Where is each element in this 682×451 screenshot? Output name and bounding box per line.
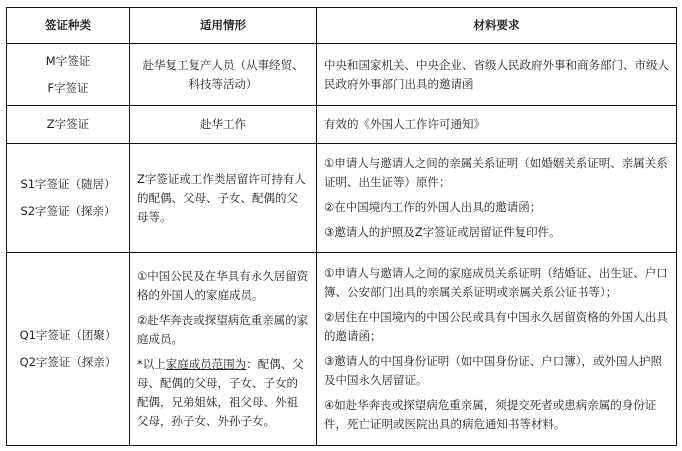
- visa-type-label: M字签证: [14, 52, 122, 71]
- materials-item: ④如赴华奔丧或探望病危重亲属，须提交死者或患病亲属的身份证件，死亡证明或医院出具…: [324, 396, 669, 434]
- header-visa-type: 签证种类: [7, 8, 130, 44]
- visa-type-label: F字签证: [14, 79, 122, 98]
- situation-item: ①中国公民及在华具有永久居留资格的外国人的家庭成员。: [137, 267, 309, 305]
- situation-item: ②赴华奔丧或探望病危重亲属的家庭成员。: [137, 311, 309, 349]
- situation-text: 赴华复工复产人员（从事经贸、科技等活动）: [143, 58, 304, 91]
- materials-text: 中央和国家机关、中央企业、省级人民政府外事和商务部门、市级人民政府外事部门出具的…: [324, 58, 669, 91]
- situation-text: 赴华工作: [200, 117, 246, 131]
- header-materials: 材料要求: [317, 8, 677, 44]
- visa-type-cell: S1字签证（随居） S2字签证（探亲）: [7, 144, 130, 253]
- materials-cell: ①申请人与邀请人之间的家庭成员关系证明（结婚证、出生证、户口簿、公安部门出具的亲…: [317, 253, 677, 446]
- materials-item: ①申请人与邀请人之间的亲属关系证明（如婚姻关系证明、亲属关系证明、出生证等）原件…: [324, 154, 669, 192]
- visa-type-label: S2字签证（探亲）: [14, 202, 122, 221]
- materials-item: ③邀请人的护照及Z字签证或居留证件复印件。: [324, 223, 669, 242]
- situation-text: Z字签证或工作类居留许可持有人的配偶、父母、子女、配偶的父母等。: [137, 172, 306, 224]
- family-scope-note: *以上家庭成员范围为：配偶、父母、配偶的父母，子女、子女的配偶，兄弟姐妹，祖父母…: [137, 355, 309, 431]
- visa-requirements-table: 签证种类 适用情形 材料要求 M字签证 F字签证 赴华复工复产人员（从事经贸、科…: [6, 7, 677, 446]
- visa-type-cell: Z字签证: [7, 106, 130, 144]
- note-underlined: 家庭成员范围为: [166, 357, 247, 371]
- table-row-m-f: M字签证 F字签证 赴华复工复产人员（从事经贸、科技等活动） 中央和国家机关、中…: [7, 44, 677, 106]
- materials-item: ②在中国境内工作的外国人出具的邀请函；: [324, 198, 669, 217]
- materials-item: ①申请人与邀请人之间的家庭成员关系证明（结婚证、出生证、户口簿、公安部门出具的亲…: [324, 264, 669, 302]
- materials-text: 有效的《外国人工作许可通知》: [324, 117, 485, 131]
- materials-cell: 有效的《外国人工作许可通知》: [317, 106, 677, 144]
- visa-type-cell: M字签证 F字签证: [7, 44, 130, 106]
- visa-type-cell: Q1字签证（团聚） Q2字签证（探亲）: [7, 253, 130, 446]
- materials-item: ②居住在中国境内的中国公民或具有中国永久居留资格的外国人出具的邀请函；: [324, 308, 669, 346]
- materials-item: ③邀请人的中国身份证明（如中国身份证、户口簿），或外国人护照及中国永久居留证。: [324, 352, 669, 390]
- visa-type-label: Q2字签证（探亲）: [14, 353, 122, 372]
- situation-cell: 赴华工作: [130, 106, 317, 144]
- visa-type-label: Z字签证: [47, 117, 89, 131]
- situation-cell: ①中国公民及在华具有永久居留资格的外国人的家庭成员。 ②赴华奔丧或探望病危重亲属…: [130, 253, 317, 446]
- note-prefix: *以上: [137, 357, 166, 371]
- materials-cell: ①申请人与邀请人之间的亲属关系证明（如婚姻关系证明、亲属关系证明、出生证等）原件…: [317, 144, 677, 253]
- table-row-s1-s2: S1字签证（随居） S2字签证（探亲） Z字签证或工作类居留许可持有人的配偶、父…: [7, 144, 677, 253]
- table-header-row: 签证种类 适用情形 材料要求: [7, 8, 677, 44]
- visa-type-label: Q1字签证（团聚）: [14, 326, 122, 345]
- situation-cell: Z字签证或工作类居留许可持有人的配偶、父母、子女、配偶的父母等。: [130, 144, 317, 253]
- situation-cell: 赴华复工复产人员（从事经贸、科技等活动）: [130, 44, 317, 106]
- materials-cell: 中央和国家机关、中央企业、省级人民政府外事和商务部门、市级人民政府外事部门出具的…: [317, 44, 677, 106]
- table-row-z: Z字签证 赴华工作 有效的《外国人工作许可通知》: [7, 106, 677, 144]
- header-situation: 适用情形: [130, 8, 317, 44]
- table-row-q1-q2: Q1字签证（团聚） Q2字签证（探亲） ①中国公民及在华具有永久居留资格的外国人…: [7, 253, 677, 446]
- visa-type-label: S1字签证（随居）: [14, 175, 122, 194]
